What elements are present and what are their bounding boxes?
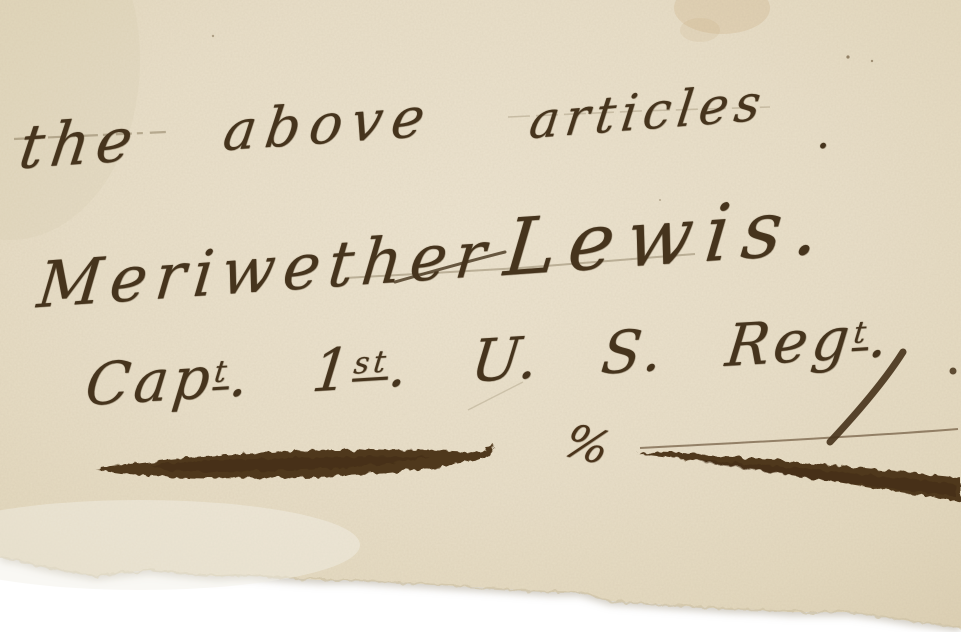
rank-text: Cap bbox=[82, 343, 218, 419]
handwritten-period: . bbox=[816, 112, 830, 156]
ink-speck bbox=[212, 35, 214, 37]
ink-speck bbox=[846, 55, 849, 58]
handwritten-word-the: the bbox=[16, 109, 144, 178]
manuscript-photo: the above articles . Meriwether Lewis. C… bbox=[0, 0, 961, 632]
signature-word-lewis: Lewis. bbox=[501, 187, 835, 289]
ink-dot bbox=[950, 368, 957, 375]
paper-stain bbox=[680, 18, 720, 42]
ink-speck bbox=[871, 60, 873, 62]
handwritten-word-above: above bbox=[220, 89, 437, 159]
rank-text: . 1 bbox=[226, 334, 357, 410]
rank-superscript-st: st bbox=[352, 344, 392, 381]
